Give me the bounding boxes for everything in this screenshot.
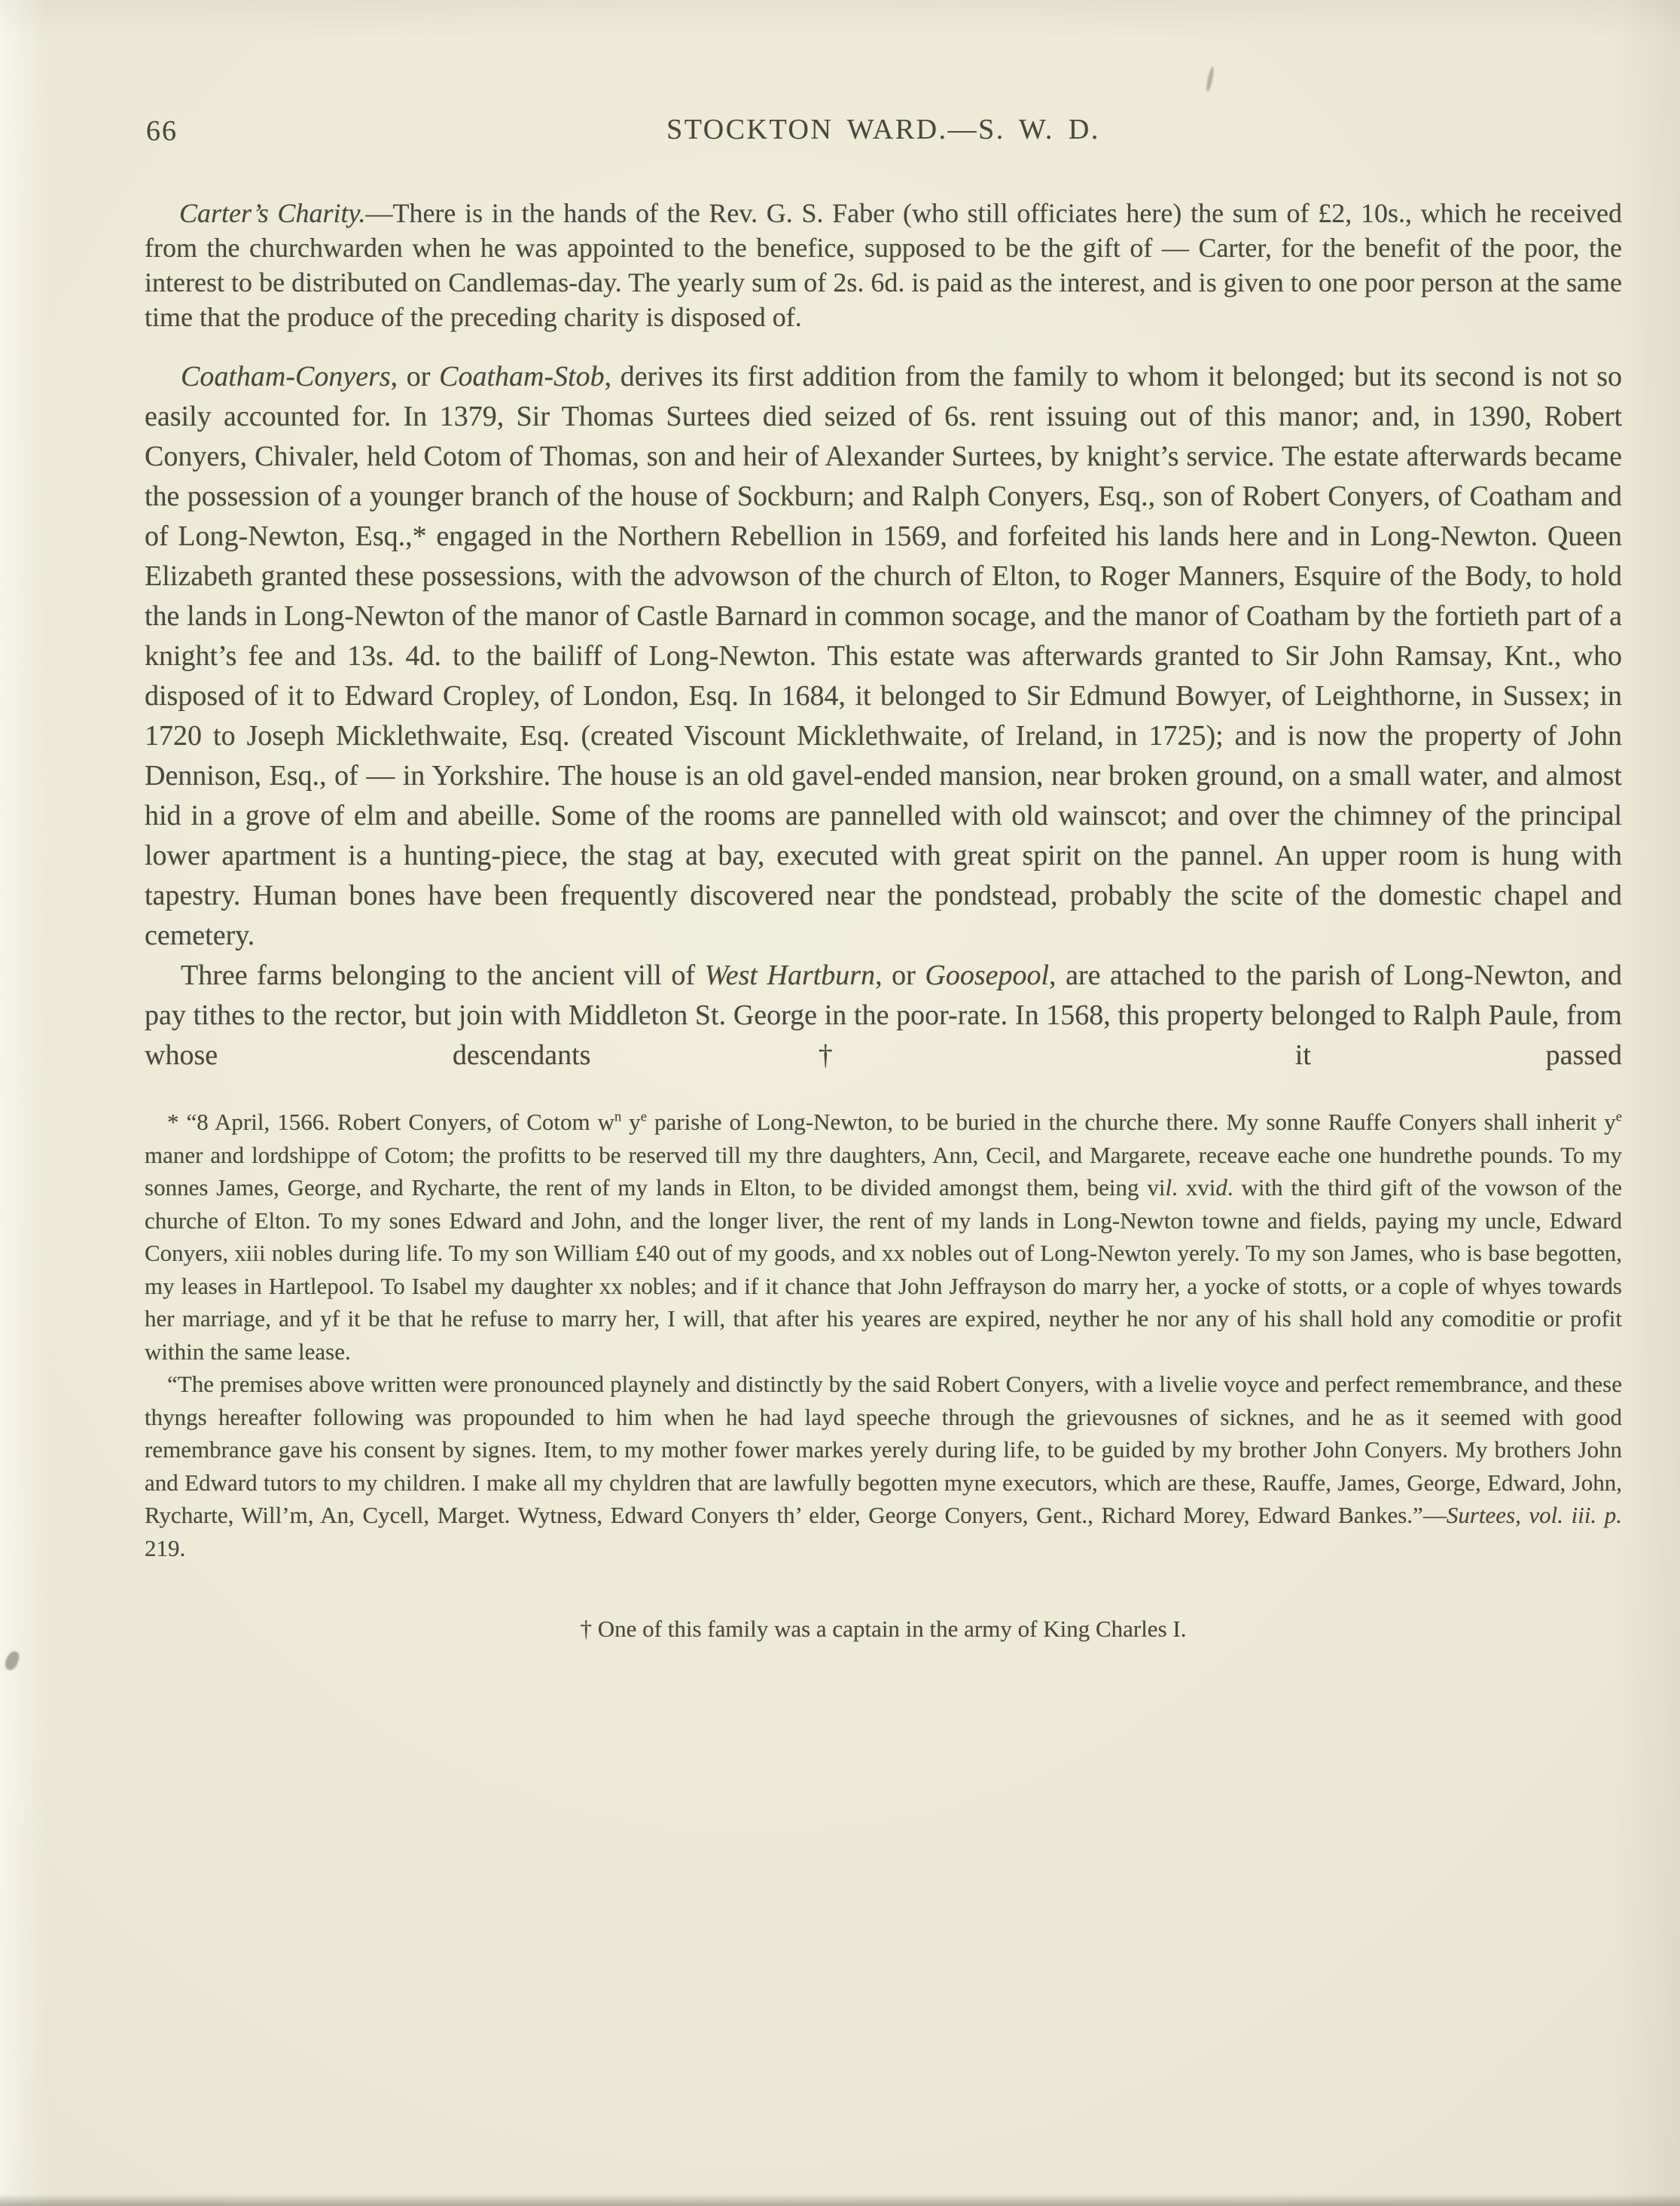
will-text-2: y xyxy=(621,1109,641,1135)
currency-l-italic: l xyxy=(1165,1174,1172,1201)
premises-text-2: 219. xyxy=(145,1535,185,1561)
page-header: 66 STOCKTON WARD.—S. W. D. xyxy=(145,113,1622,152)
currency-d-italic: d xyxy=(1215,1174,1227,1201)
paragraph-coatham-conyers: Coatham-Conyers, or Coatham-Stob, derive… xyxy=(145,357,1622,956)
superscript-e: e xyxy=(641,1109,647,1125)
will-text-6: . with the third gift of the vowson of t… xyxy=(145,1174,1622,1365)
coatham-name2-italic: Coatham-Stob xyxy=(439,361,605,392)
will-text-3: parishe of Long-Newton, to be buried in … xyxy=(647,1109,1616,1135)
farms-name1-italic: West Hartburn xyxy=(705,960,876,991)
surtees-citation-italic: Surtees, vol. iii. p. xyxy=(1447,1502,1622,1528)
running-title: STOCKTON WARD.—S. W. D. xyxy=(145,113,1622,146)
book-page: 66 STOCKTON WARD.—S. W. D. Carter’s Char… xyxy=(0,0,1680,2206)
farms-lead-text: Three farms belonging to the ancient vil… xyxy=(181,960,705,991)
charity-name-italic: Carter’s Charity. xyxy=(179,198,365,228)
footnotes-section: * “8 April, 1566. Robert Conyers, of Cot… xyxy=(145,1106,1622,1646)
page-bottom-shadow xyxy=(0,2194,1680,2206)
farms-connector-text: , or xyxy=(875,960,925,991)
will-text-1: “8 April, 1566. Robert Conyers, of Cotom… xyxy=(179,1109,614,1135)
coatham-name1-italic: Coatham-Conyers xyxy=(181,361,391,392)
footnote-conyers-will: * “8 April, 1566. Robert Conyers, of Cot… xyxy=(145,1106,1622,1368)
superscript-e-2: e xyxy=(1616,1109,1622,1125)
will-text-5: . xvi xyxy=(1172,1174,1215,1201)
carter-paragraph-text: —There is in the hands of the Rev. G. S.… xyxy=(145,198,1622,332)
farms-name2-italic: Goosepool xyxy=(925,960,1049,991)
page-number: 66 xyxy=(146,114,178,148)
coatham-connector-text: , or xyxy=(391,361,439,392)
scan-blemish-left-edge xyxy=(3,1649,20,1672)
asterisk-footnote-marker: * xyxy=(167,1109,179,1135)
premises-text-1: “The premises above written were pronoun… xyxy=(145,1371,1622,1528)
footnote-king-charles: † One of this family was a captain in th… xyxy=(145,1613,1622,1646)
footnote-premises: “The premises above written were pronoun… xyxy=(145,1368,1622,1564)
paragraph-carters-charity: Carter’s Charity.—There is in the hands … xyxy=(145,196,1622,334)
text-block: 66 STOCKTON WARD.—S. W. D. Carter’s Char… xyxy=(145,0,1622,1646)
superscript-n: n xyxy=(614,1109,621,1125)
coatham-paragraph-text: , derives its first addition from the fa… xyxy=(145,361,1622,951)
paragraph-three-farms: Three farms belonging to the ancient vil… xyxy=(145,956,1622,1076)
